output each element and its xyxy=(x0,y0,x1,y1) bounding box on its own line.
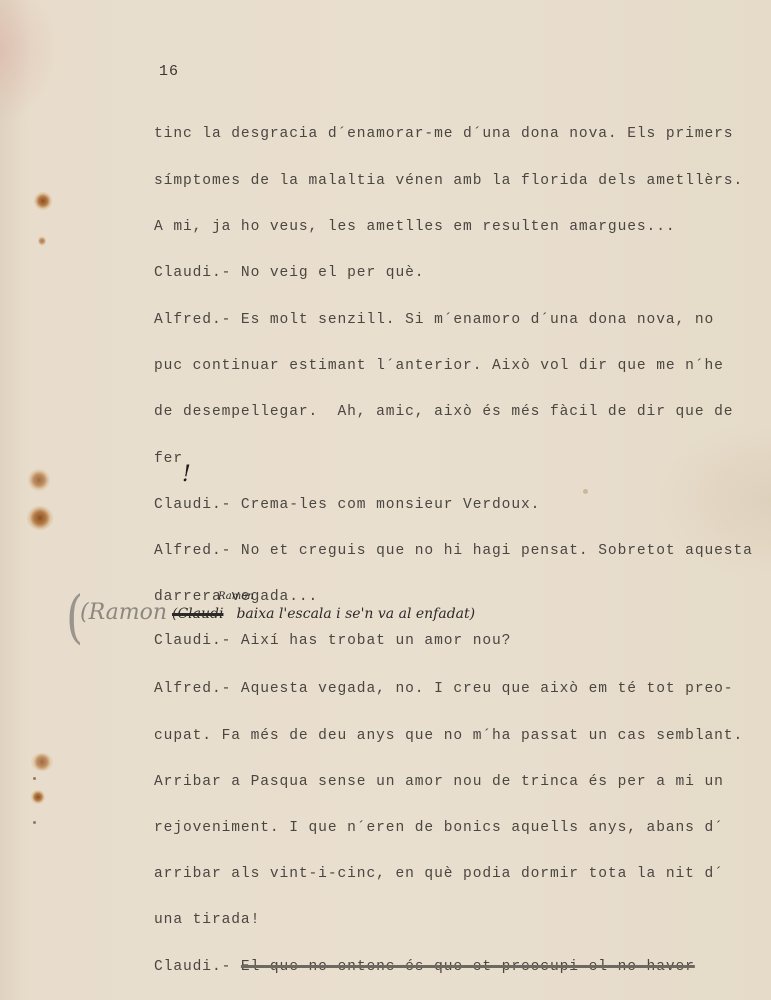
rust-stain xyxy=(31,753,53,771)
inserted-ink-note: Ramon xyxy=(218,591,254,602)
rust-stain xyxy=(34,192,52,210)
dialogue-line-alfred: Alfred.- Aquesta vegada, no. I creu que … xyxy=(154,681,733,697)
text-line: puc continuar estimant l´anterior. Això … xyxy=(154,358,724,374)
rust-stain xyxy=(38,236,46,246)
text-line: rejoveniment. I que n´eren de bonics aqu… xyxy=(154,820,724,836)
speck xyxy=(33,821,36,824)
dialogue-line-claudi: Claudi.- Així has trobat un amor nou? xyxy=(154,633,511,649)
text-line: tinc la desgracia d´enamorar-me d´una do… xyxy=(154,126,733,142)
text-line: de desempellegar. Ah, amic, això és més … xyxy=(154,404,733,420)
page-number: 16 xyxy=(159,63,179,80)
handwritten-exclamation: ! xyxy=(182,462,191,487)
rust-stain xyxy=(27,506,53,530)
rust-stain xyxy=(31,790,45,804)
dialogue-line-alfred: Alfred.- No et creguis que no hi hagi pe… xyxy=(154,543,753,559)
struck-ink-note: (Claudi xyxy=(172,606,223,622)
struck-dialogue-line: Claudi.- El que no entenc és que et preo… xyxy=(154,959,695,975)
text-line: cupat. Fa més de deu anys que no m´ha pa… xyxy=(154,728,743,744)
speck xyxy=(583,489,588,494)
dialogue-line-claudi: Claudi.- No veig el per què. xyxy=(154,265,424,281)
rust-stain xyxy=(28,469,50,491)
text-line: fer xyxy=(154,451,183,467)
dialogue-line-claudi: Claudi.- Crema-les com monsieur Verdoux. xyxy=(154,497,540,513)
text-line: arribar als vint-i-cinc, en què podia do… xyxy=(154,866,724,882)
ink-stage-direction: baixa l'escala i se'n va al enfadat) xyxy=(232,606,475,622)
speaker-label: Claudi.- xyxy=(154,959,241,975)
struck-text: El que no entenc és que et preocupi el n… xyxy=(241,959,695,975)
dialogue-line-alfred: Alfred.- Es molt senzill. Si m´enamoro d… xyxy=(154,312,714,328)
text-line: Arribar a Pasqua sense un amor nou de tr… xyxy=(154,774,724,790)
text-line: A mi, ja ho veus, les ametlles em result… xyxy=(154,219,676,235)
text-line: una tirada! xyxy=(154,912,260,928)
typewritten-page: 16 tinc la desgracia d´enamorar-me d´una… xyxy=(0,0,771,1000)
pencil-note: (Ramon xyxy=(80,600,167,625)
speck xyxy=(33,777,36,780)
text-line: símptomes de la malaltia vénen amb la fl… xyxy=(154,173,743,189)
